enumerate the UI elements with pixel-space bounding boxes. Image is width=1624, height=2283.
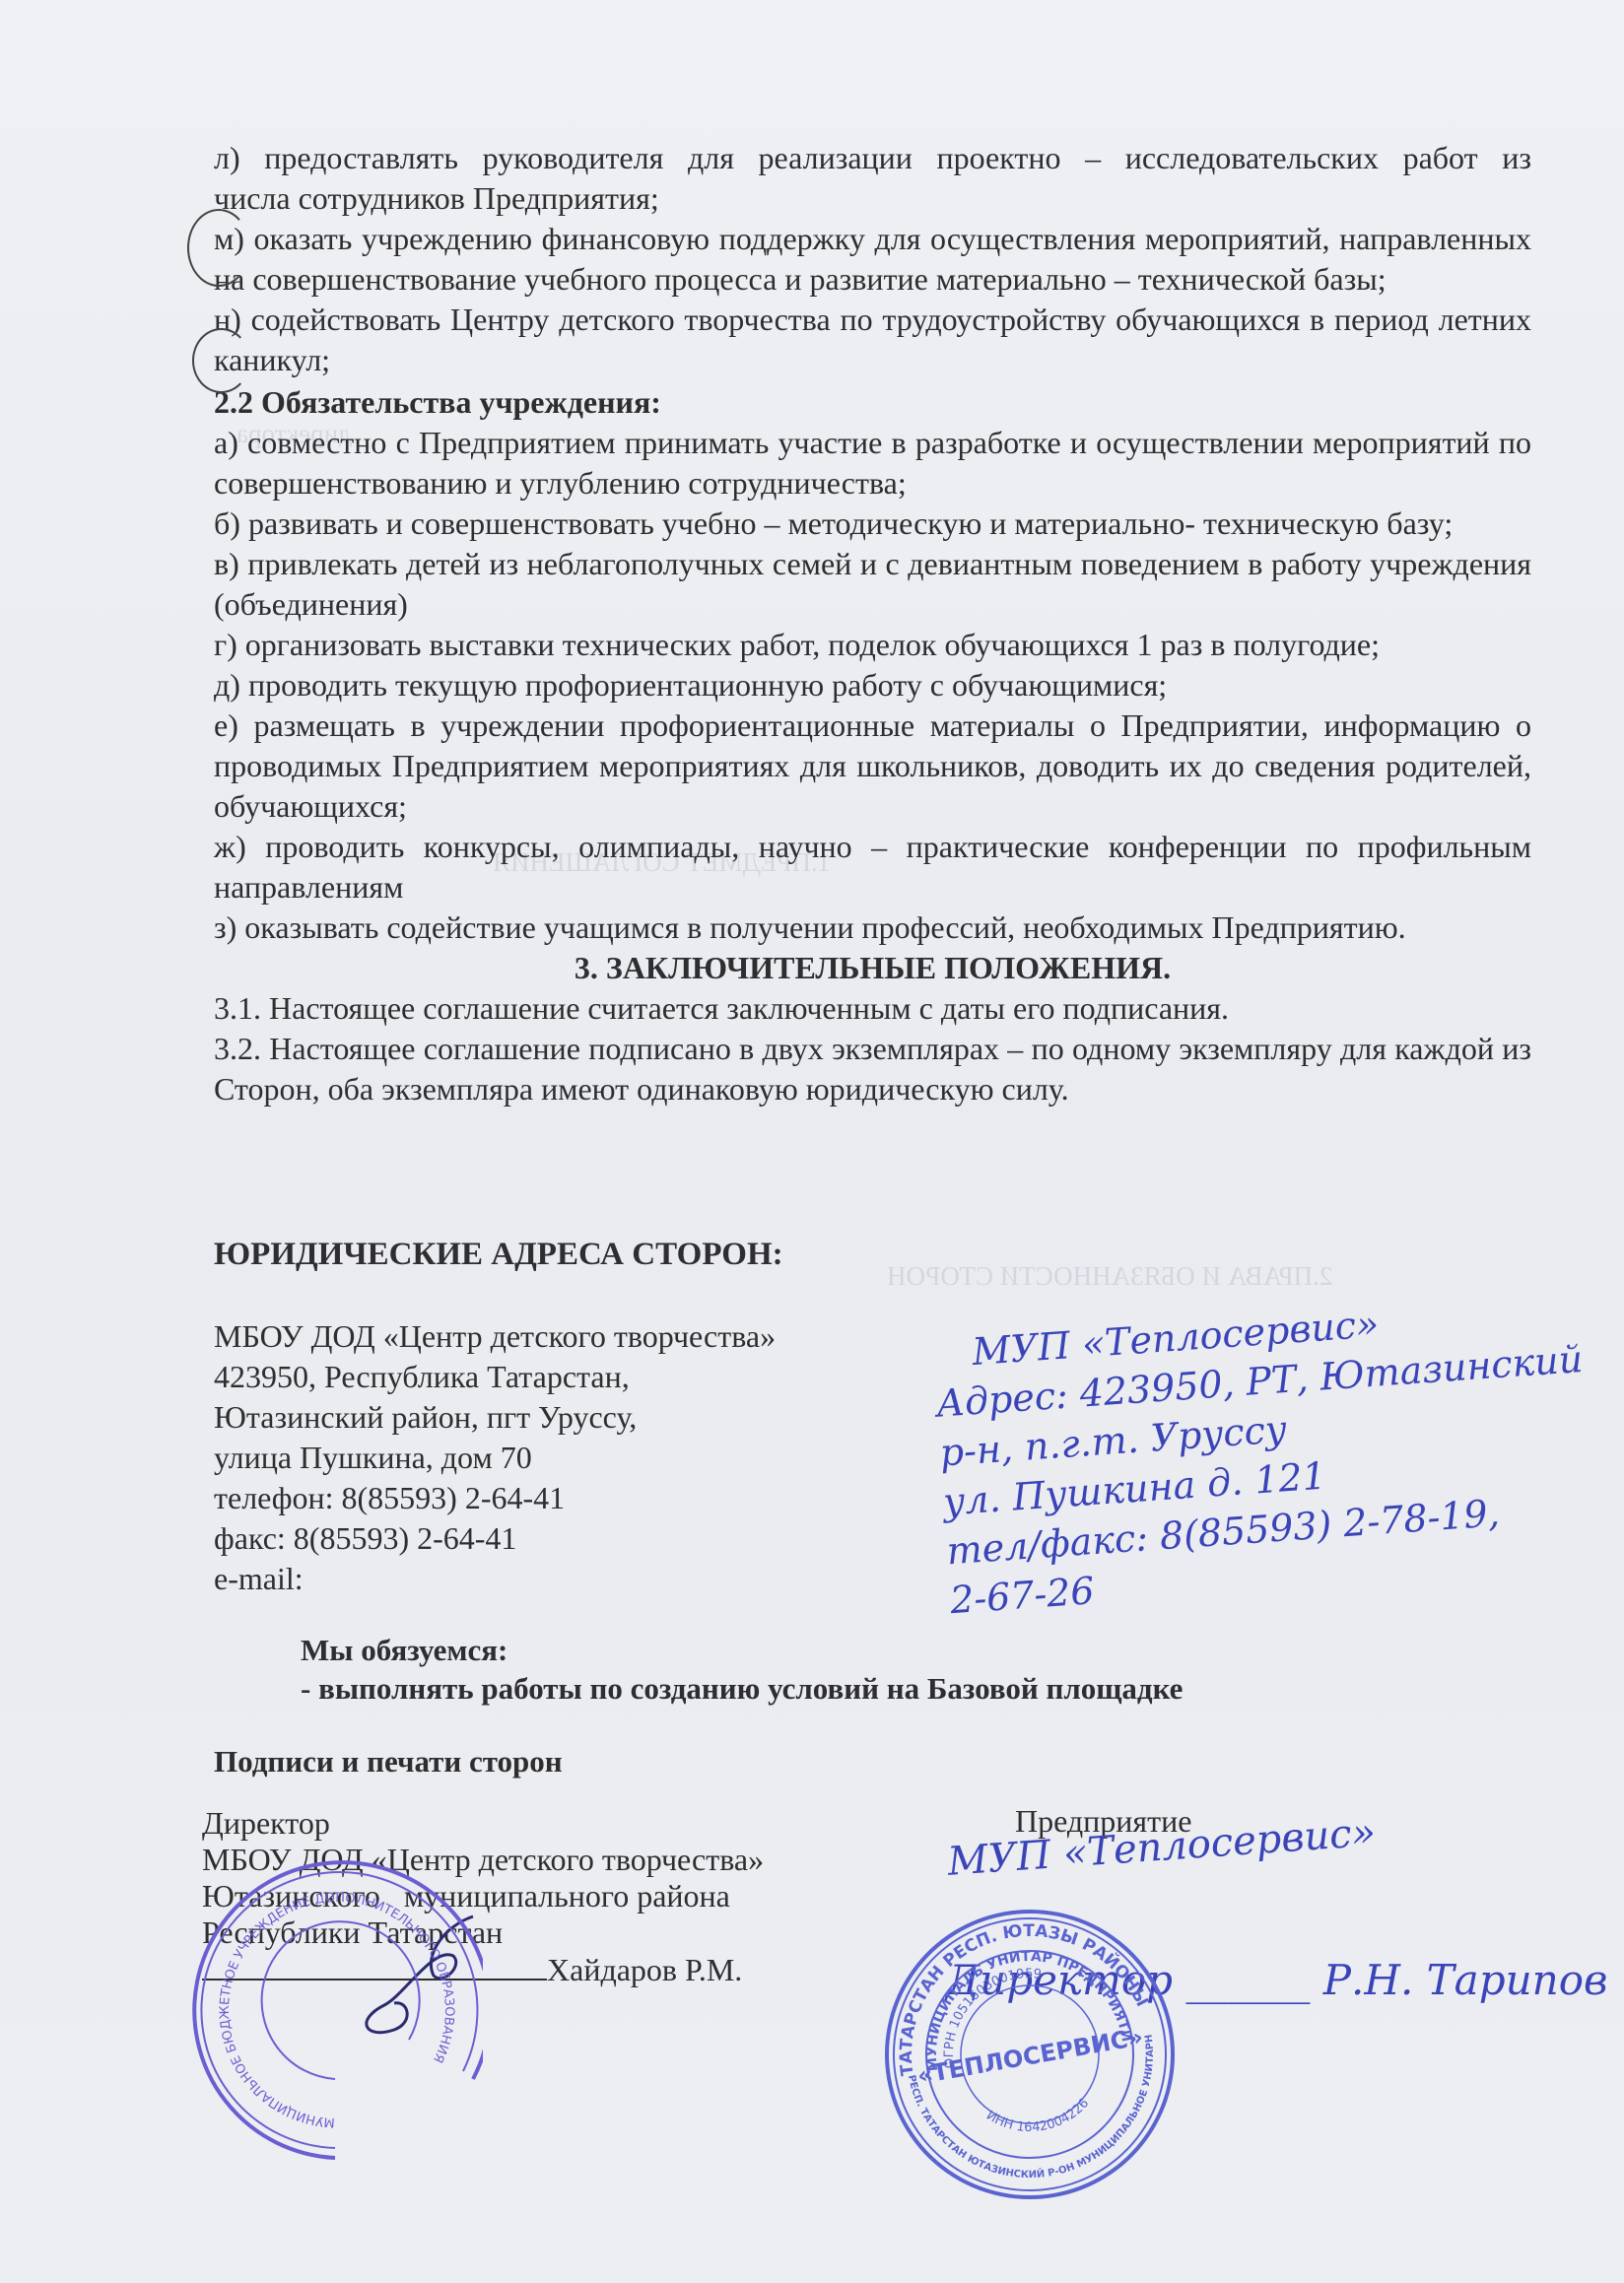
item-d: д) проводить текущую профориентационную … [214,665,1531,705]
item-v: в) привлекать детей из неблагополучных с… [214,544,1531,625]
enterprise-address-handwritten: МУП «Теплосервис» Адрес: 423950, РТ, Юта… [931,1285,1598,1625]
institution-address-line1: 423950, Республика Татарстан, [214,1357,783,1397]
signatures-heading: Подписи и печати сторон [214,1744,563,1779]
institution-address-line2: Ютазинский район, пгт Уруссу, [214,1397,783,1438]
institution-email: e-mail: [214,1559,783,1599]
section3-heading: 3. ЗАКЛЮЧИТЕЛЬНЫЕ ПОЛОЖЕНИЯ. [214,948,1531,988]
director-title: Директор [202,1805,764,1842]
item-z: з) оказывать содействие учащимся в получ… [214,907,1531,948]
pen-circle-mark [187,209,250,287]
director-name: Хайдаров Р.М. [547,1952,742,1987]
svg-text:МУНИЦИПАЛЬНОЕ БЮДЖЕТНОЕ УЧРЕЖД: МУНИЦИПАЛЬНОЕ БЮДЖЕТНОЕ УЧРЕЖДЕНИЕ ДОПОЛ… [187,1852,456,2129]
item-e: е) размещать в учреждении профориентацио… [214,705,1531,827]
item-3-1: 3.1. Настоящее соглашение считается закл… [214,988,1531,1029]
addresses-heading: ЮРИДИЧЕСКИЕ АДРЕСА СТОРОН: [214,1235,783,1275]
item-3-2: 3.2. Настоящее соглашение подписано в дв… [214,1029,1531,1109]
institution-name: МБОУ ДОД «Центр детского творчества» [214,1316,783,1357]
institution-fax: факс: 8(85593) 2-64-41 [214,1518,783,1559]
obligations-heading: Мы обязуемся: [301,1631,1183,1669]
item-l: л) предоставлять руководителя для реализ… [214,138,1531,178]
institution-stamp: МУНИЦИПАЛЬНОЕ БЮДЖЕТНОЕ УЧРЕЖДЕНИЕ ДОПОЛ… [187,1852,483,2178]
enterprise-stamp: ТАТАРСТАН РЕСП. ЮТАЗЫ РАЙОНЫ МУНИЦИПАЛЬ … [882,1907,1178,2202]
svg-text:ИНН 1642004226: ИНН 1642004226 [981,2091,1095,2144]
obligations-item: - выполнять работы по созданию условий н… [301,1669,1183,1708]
scanned-page: директора 1.ПРЕДМЕТ СОГЛАШЕНИЯ 2.ПРАВА И… [0,0,1624,2283]
item-m: м) оказать учреждению финансовую поддерж… [214,219,1531,300]
institution-address-line3: улица Пушкина, дом 70 [214,1438,783,1478]
item-zh: ж) проводить конкурсы, олимпиады, научно… [214,827,1531,907]
document-body: л) предоставлять руководителя для реализ… [214,138,1531,1109]
obligations-block: Мы обязуемся: - выполнять работы по созд… [301,1631,1183,1708]
subheading-institution-obligations: 2.2 Обязательства учреждения: [214,382,1531,423]
pen-circle-mark [192,328,250,393]
item-g: г) организовать выставки технических раб… [214,625,1531,665]
item-b: б) развивать и совершенствовать учебно –… [214,504,1531,544]
item-n: н) содействовать Центру детского творчес… [214,300,1531,380]
item-l-continuation: числа сотрудников Предприятия; [214,178,1531,219]
item-a: а) совместно с Предприятием принимать уч… [214,423,1531,504]
institution-phone: телефон: 8(85593) 2-64-41 [214,1478,783,1518]
legal-addresses: ЮРИДИЧЕСКИЕ АДРЕСА СТОРОН: МБОУ ДОД «Цен… [214,1235,783,1599]
bleed-through-text: 2.ПРАВА И ОБЯЗАННОСТИ СТОРОН [887,1261,1332,1292]
